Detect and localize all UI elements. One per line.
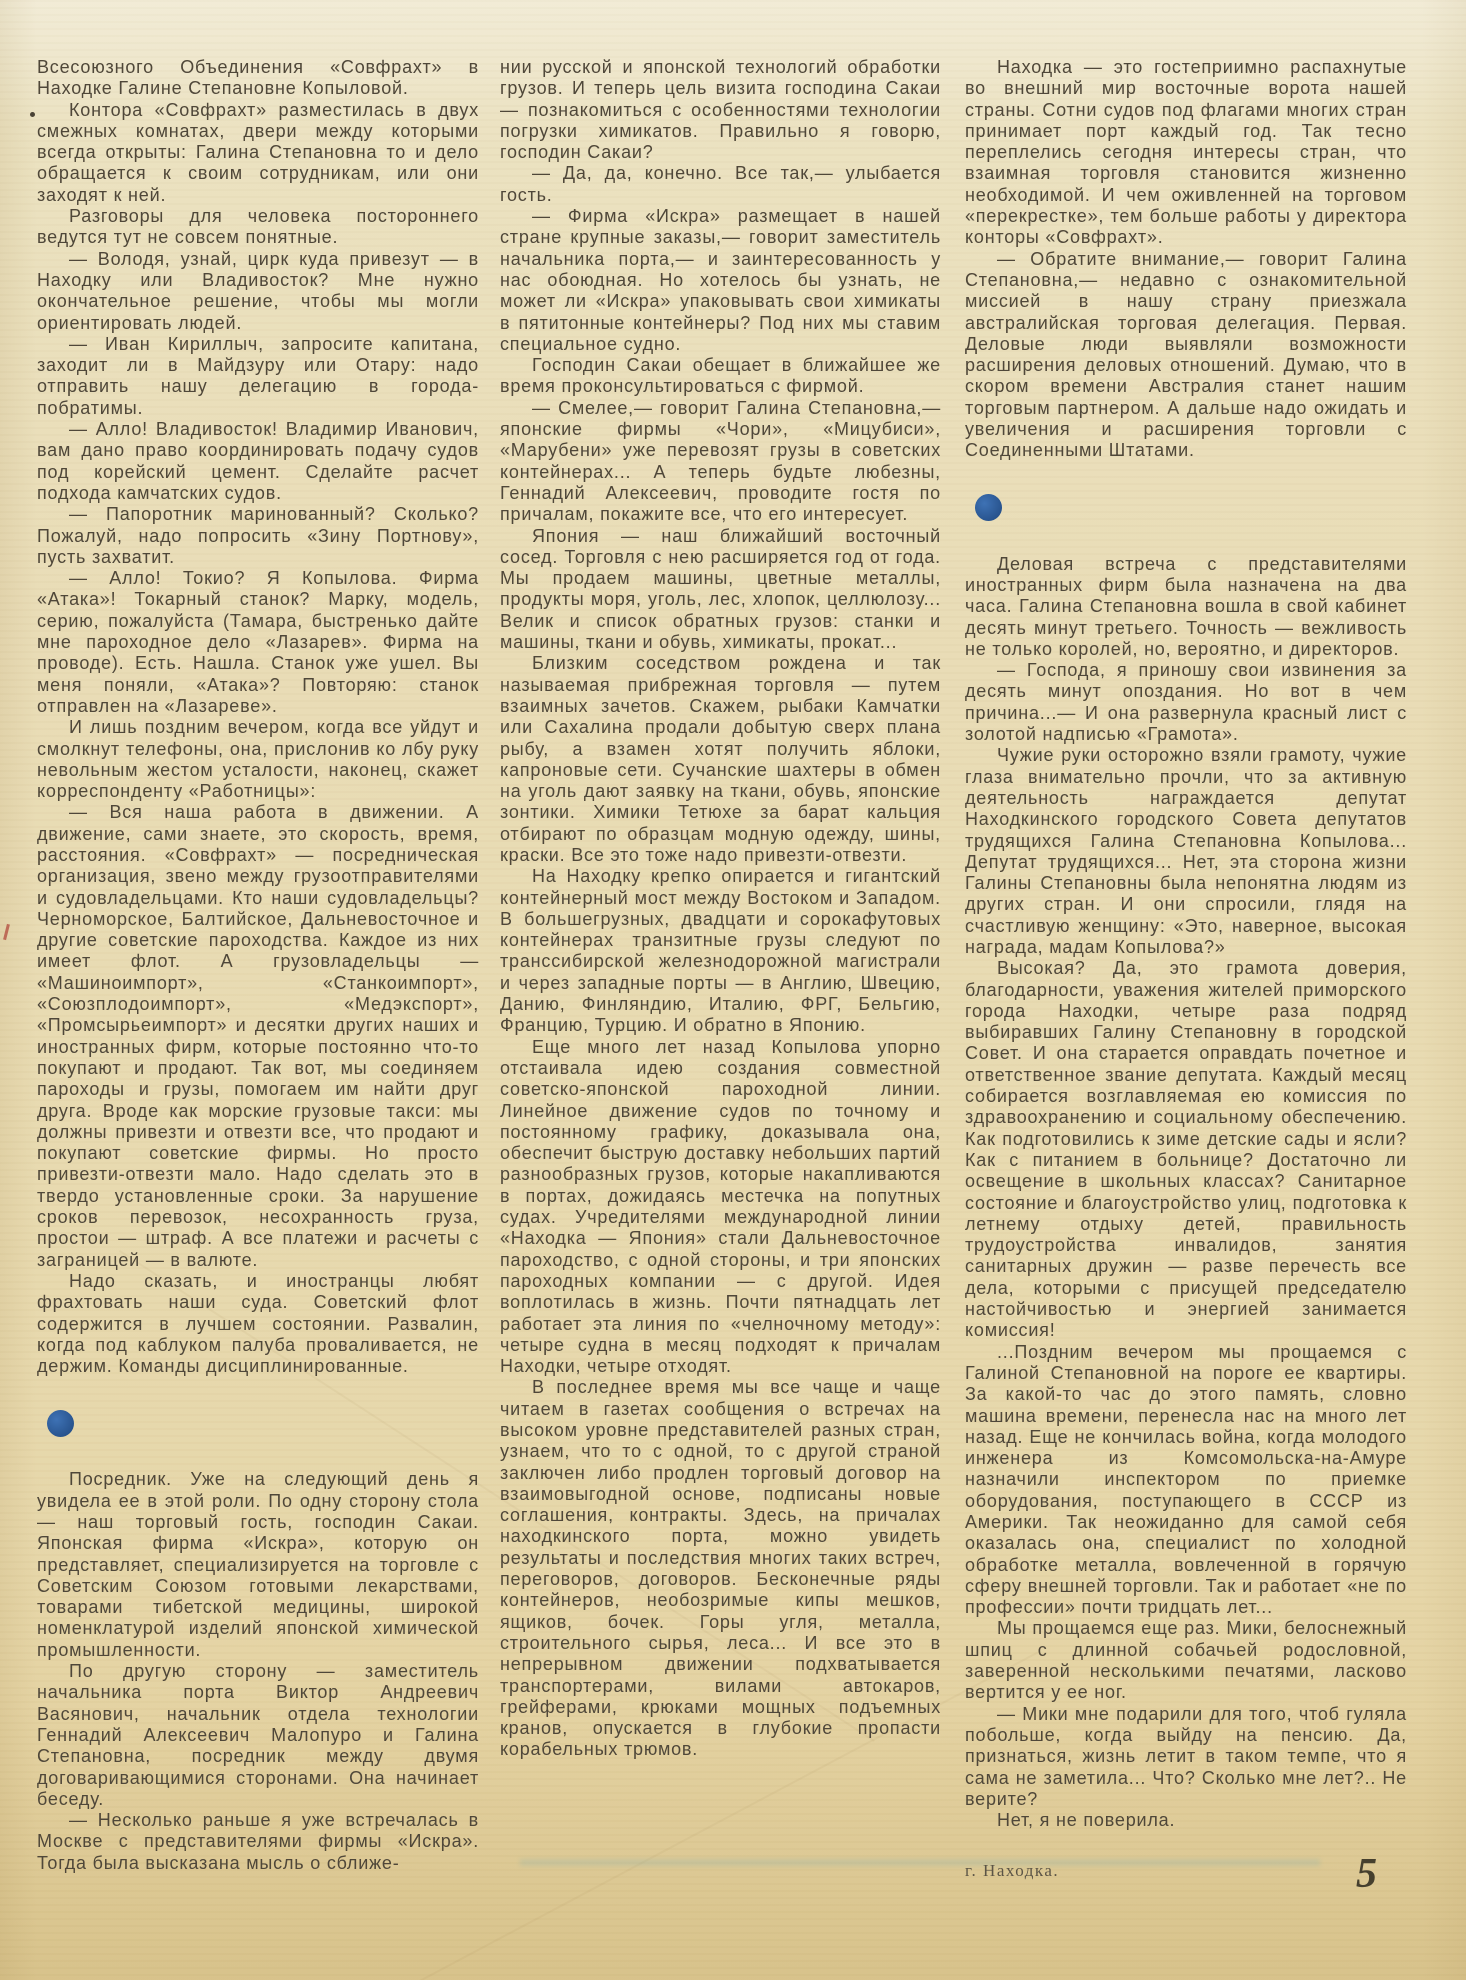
paragraph: — Фирма «Искра» размещает в нашей стране… xyxy=(500,206,941,355)
paragraph: ...Поздним вечером мы прощаемся с Галино… xyxy=(965,1342,1407,1619)
paragraph: В последнее время мы все чаще и чаще чит… xyxy=(500,1377,941,1760)
paragraph: — Вся наша работа в движении. А движение… xyxy=(37,802,479,1271)
paragraph: — Папоротник маринованный? Сколько? Пожа… xyxy=(37,504,479,568)
paragraph: Господин Сакаи обещает в ближайшее же вр… xyxy=(500,355,941,398)
paragraph: Высокая? Да, это грамота доверия, благод… xyxy=(965,958,1407,1341)
paragraph: По другую сторону — заместитель начальни… xyxy=(37,1661,479,1810)
paragraph: Япония — наш ближайший восточный сосед. … xyxy=(500,526,941,654)
paragraph: — Обратите внимание,— говорит Галина Сте… xyxy=(965,249,1407,462)
ink-speck xyxy=(30,112,35,117)
text-column-3: Находка — это гостеприимно распахнутые в… xyxy=(965,57,1407,1881)
paragraph: — Смелее,— говорит Галина Степановна,— я… xyxy=(500,398,941,526)
paragraph: Разговоры для человека постороннего веду… xyxy=(37,206,479,249)
margin-mark xyxy=(3,924,10,940)
section-divider xyxy=(37,1377,479,1469)
paragraph: Близким соседством рождена и так называе… xyxy=(500,653,941,866)
paragraph: Контора «Совфрахт» разместилась в двух с… xyxy=(37,100,479,206)
paragraph: Мы прощаемся еще раз. Мики, белоснежный … xyxy=(965,1618,1407,1703)
paragraph: — Да, да, конечно. Все так,— улыбается г… xyxy=(500,163,941,206)
paragraph: — Мики мне подарили для того, чтоб гулял… xyxy=(965,1704,1407,1810)
text-column-2: нии русской и японской технологий обрабо… xyxy=(500,57,941,1761)
section-bullet-icon xyxy=(47,1410,74,1437)
text-column-1: Всесоюзного Объединения «Совфрахт» в Нах… xyxy=(37,57,479,1874)
paragraph: — Иван Кириллыч, запросите капитана, зах… xyxy=(37,334,479,419)
paragraph: И лишь поздним вечером, когда все уйдут … xyxy=(37,717,479,802)
location-byline: г. Находка. xyxy=(965,1861,1407,1881)
section-divider xyxy=(965,462,1407,554)
paragraph: — Володя, узнай, цирк куда привезут — в … xyxy=(37,249,479,334)
paragraph: нии русской и японской технологий обрабо… xyxy=(500,57,941,163)
paragraph: Всесоюзного Объединения «Совфрахт» в Нах… xyxy=(37,57,479,100)
paragraph: Посредник. Уже на следующий день я увиде… xyxy=(37,1469,479,1661)
magazine-page: { "page": { "number": "5", "colors": { "… xyxy=(0,0,1466,1980)
paragraph: Находка — это гостеприимно распахнутые в… xyxy=(965,57,1407,249)
section-bullet-icon xyxy=(975,494,1002,521)
paragraph: Надо сказать, и иностранцы любят фрахтов… xyxy=(37,1271,479,1377)
paragraph: Деловая встреча с представителями иностр… xyxy=(965,554,1407,660)
paragraph: Нет, я не поверила. xyxy=(965,1810,1407,1831)
paragraph: На Находку крепко опирается и гигантский… xyxy=(500,866,941,1036)
paragraph: Еще много лет назад Копылова упорно отст… xyxy=(500,1037,941,1378)
paragraph: — Алло! Владивосток! Владимир Иванович, … xyxy=(37,419,479,504)
page-number: 5 xyxy=(1356,1850,1377,1898)
paragraph: Чужие руки осторожно взяли грамоту, чужи… xyxy=(965,745,1407,958)
paragraph: — Господа, я приношу свои извинения за д… xyxy=(965,660,1407,745)
paragraph: — Несколько раньше я уже встречалась в М… xyxy=(37,1810,479,1874)
paragraph: — Алло! Токио? Я Копылова. Фирма «Атака»… xyxy=(37,568,479,717)
